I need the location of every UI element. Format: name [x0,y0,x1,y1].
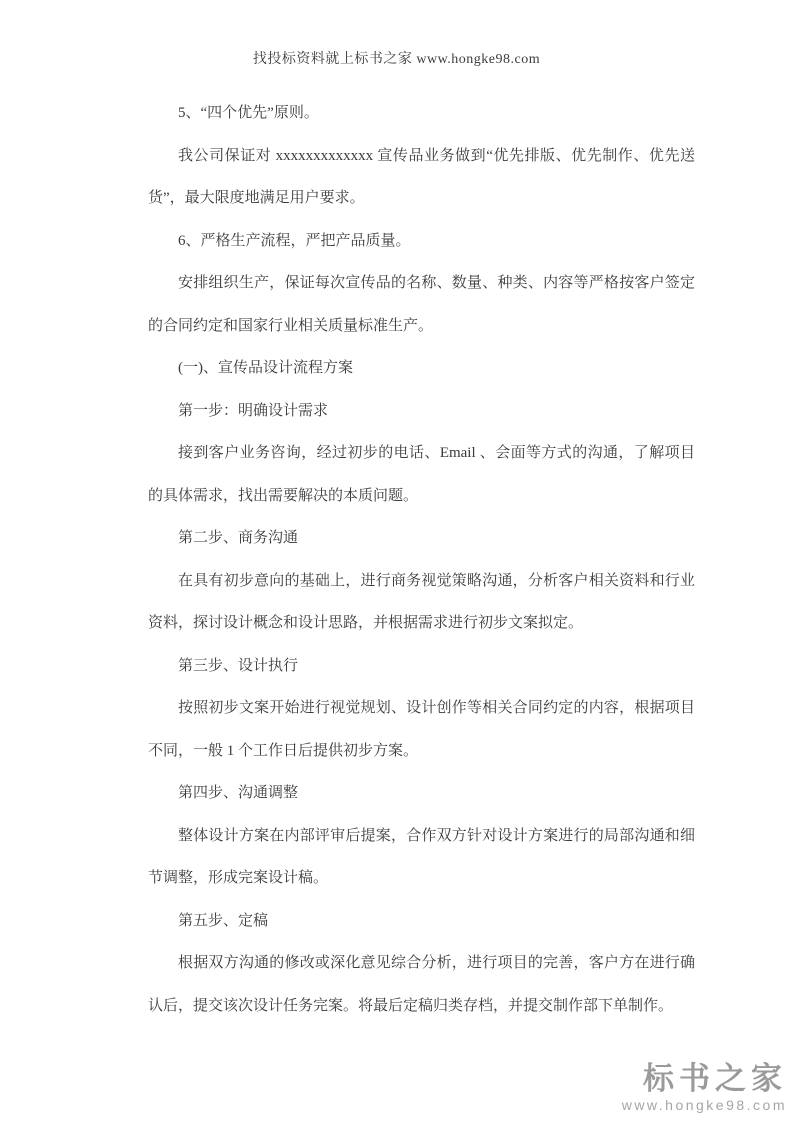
watermark-logo: 标书之家 [622,1063,787,1095]
watermark-url: www.hongke98.com [622,1096,787,1114]
section-title-design-process: (一)、宣传品设计流程方案 [148,347,695,390]
paragraph-guarantee: 我公司保证对 xxxxxxxxxxxxx 宣传品业务做到“优先排版、优先制作、优… [148,135,695,220]
page-header: 找投标资料就上标书之家 www.hongke98.com [0,0,793,68]
step1-description: 接到客户业务咨询，经过初步的电话、Email 、会面等方式的沟通，了解项目的具体… [148,432,695,517]
step5-title: 第五步、定稿 [148,900,695,943]
step3-title: 第三步、设计执行 [148,645,695,688]
document-body: 5、“四个优先”原则。 我公司保证对 xxxxxxxxxxxxx 宣传品业务做到… [148,92,695,1027]
paragraph-item-6-quality: 6、严格生产流程，严把产品质量。 [148,220,695,263]
step2-title: 第二步、商务沟通 [148,517,695,560]
step5-description: 根据双方沟通的修改或深化意见综合分析，进行项目的完善，客户方在进行确认后，提交该… [148,942,695,1027]
paragraph-production: 安排组织生产，保证每次宣传品的名称、数量、种类、内容等严格按客户签定的合同约定和… [148,262,695,347]
step3-description: 按照初步文案开始进行视觉规划、设计创作等相关合同约定的内容，根据项目不同，一般 … [148,687,695,772]
step1-title: 第一步：明确设计需求 [148,390,695,433]
step4-title: 第四步、沟通调整 [148,772,695,815]
header-text: 找投标资料就上标书之家 www.hongke98.com [253,52,540,67]
site-watermark: 标书之家 www.hongke98.com [622,1063,787,1114]
step4-description: 整体设计方案在内部评审后提案，合作双方针对设计方案进行的局部沟通和细节调整，形成… [148,815,695,900]
document-page: 找投标资料就上标书之家 www.hongke98.com 5、“四个优先”原则。… [0,0,793,1122]
step2-description: 在具有初步意向的基础上，进行商务视觉策略沟通，分析客户相关资料和行业资料，探讨设… [148,560,695,645]
paragraph-item-5-principle: 5、“四个优先”原则。 [148,92,695,135]
